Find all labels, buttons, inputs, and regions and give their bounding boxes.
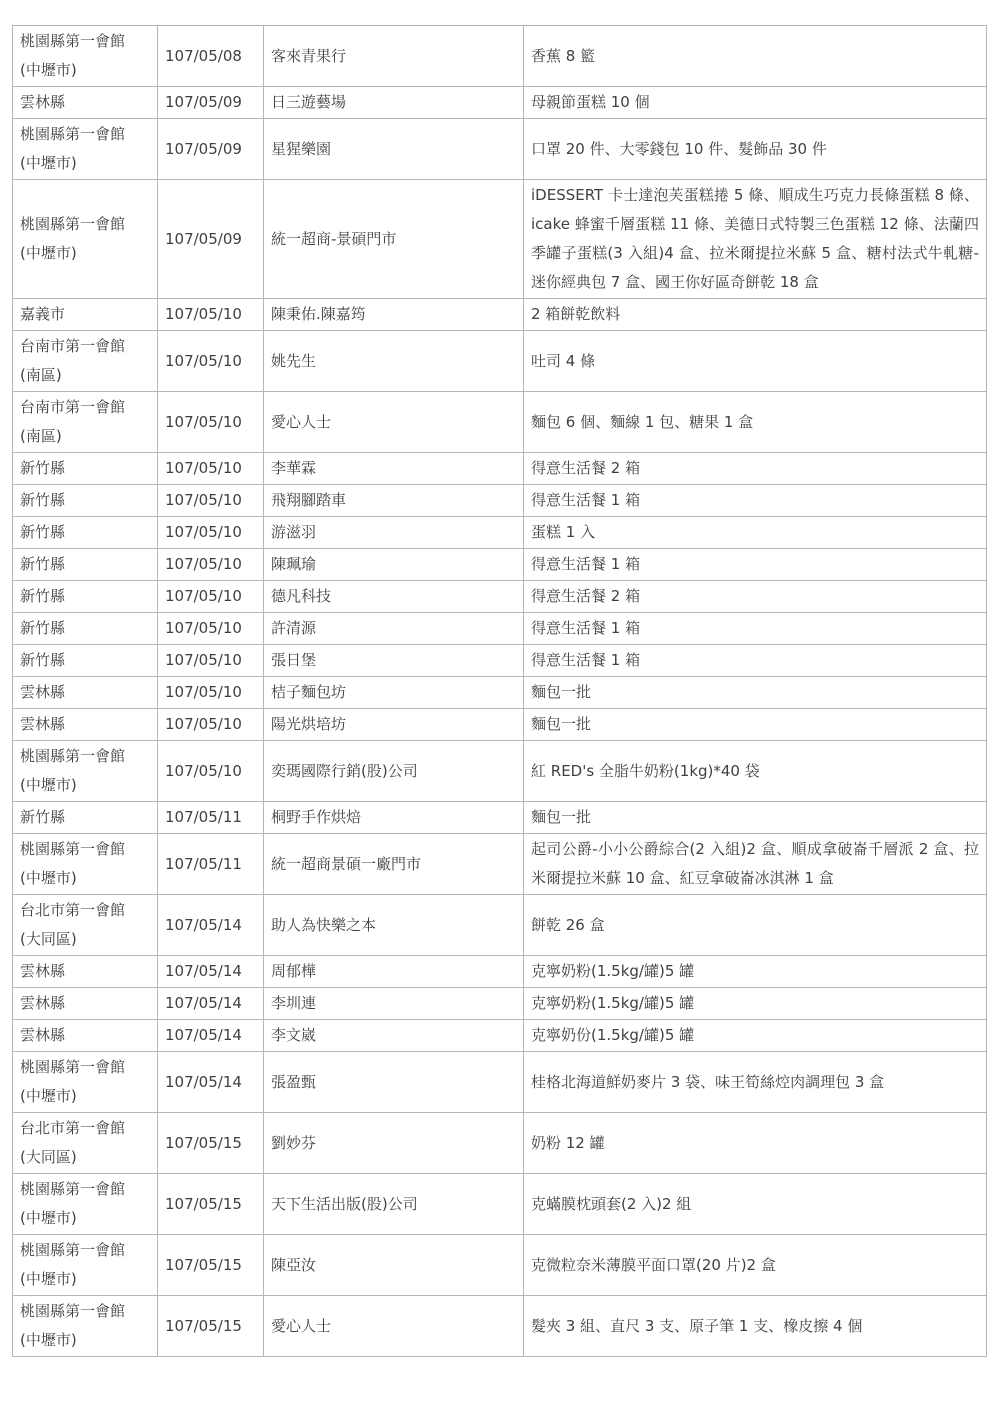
- date-cell: 107/05/15: [158, 1174, 264, 1235]
- donor-cell: 李圳連: [264, 988, 524, 1020]
- items-cell: 得意生活餐 1 箱: [524, 485, 987, 517]
- items-cell: 麵包一批: [524, 709, 987, 741]
- table-row: 桃園縣第一會館 (中壢市) 107/05/15 天下生活出版(股)公司 克蟎膜枕…: [13, 1174, 987, 1235]
- location-cell: 雲林縣: [13, 1020, 158, 1052]
- location-cell: 嘉義市: [13, 299, 158, 331]
- items-cell: 得意生活餐 2 箱: [524, 581, 987, 613]
- date-cell: 107/05/14: [158, 1020, 264, 1052]
- items-cell: 奶粉 12 罐: [524, 1113, 987, 1174]
- date-cell: 107/05/10: [158, 581, 264, 613]
- document-page: 桃園縣第一會館 (中壢市) 107/05/08 客來青果行 香蕉 8 籃 雲林縣…: [12, 25, 986, 1357]
- donor-cell: 統一超商-景碩門市: [264, 180, 524, 299]
- date-cell: 107/05/14: [158, 1052, 264, 1113]
- donor-cell: 奕瑪國際行銷(股)公司: [264, 741, 524, 802]
- date-cell: 107/05/14: [158, 956, 264, 988]
- items-cell: 克寧奶粉(1.5kg/罐)5 罐: [524, 956, 987, 988]
- location-cell: 桃園縣第一會館 (中壢市): [13, 741, 158, 802]
- donor-cell: 天下生活出版(股)公司: [264, 1174, 524, 1235]
- items-cell: 起司公爵-小小公爵綜合(2 入組)2 盒、順成拿破崙千層派 2 盒、拉米爾提拉米…: [524, 834, 987, 895]
- location-cell: 台南市第一會館 (南區): [13, 331, 158, 392]
- donor-cell: 飛翔腳踏車: [264, 485, 524, 517]
- donor-cell: 日三遊藝場: [264, 87, 524, 119]
- location-cell: 新竹縣: [13, 645, 158, 677]
- date-cell: 107/05/14: [158, 895, 264, 956]
- items-cell: 餅乾 26 盒: [524, 895, 987, 956]
- items-cell: 紅 RED's 全脂牛奶粉(1kg)*40 袋: [524, 741, 987, 802]
- items-cell: 母親節蛋糕 10 個: [524, 87, 987, 119]
- items-cell: 2 箱餅乾飲料: [524, 299, 987, 331]
- date-cell: 107/05/15: [158, 1113, 264, 1174]
- date-cell: 107/05/14: [158, 988, 264, 1020]
- location-cell: 雲林縣: [13, 956, 158, 988]
- donation-records-table: 桃園縣第一會館 (中壢市) 107/05/08 客來青果行 香蕉 8 籃 雲林縣…: [12, 25, 987, 1357]
- items-cell: 得意生活餐 1 箱: [524, 613, 987, 645]
- location-cell: 台南市第一會館 (南區): [13, 392, 158, 453]
- location-cell: 台北市第一會館 (大同區): [13, 1113, 158, 1174]
- date-cell: 107/05/10: [158, 392, 264, 453]
- date-cell: 107/05/15: [158, 1235, 264, 1296]
- date-cell: 107/05/10: [158, 453, 264, 485]
- location-cell: 新竹縣: [13, 549, 158, 581]
- donor-cell: 統一超商景碩一廠門市: [264, 834, 524, 895]
- date-cell: 107/05/11: [158, 834, 264, 895]
- items-cell: 克寧奶粉(1.5kg/罐)5 罐: [524, 988, 987, 1020]
- date-cell: 107/05/10: [158, 517, 264, 549]
- location-cell: 桃園縣第一會館 (中壢市): [13, 26, 158, 87]
- table-row: 台南市第一會館 (南區) 107/05/10 愛心人士 麵包 6 個、麵線 1 …: [13, 392, 987, 453]
- location-cell: 雲林縣: [13, 87, 158, 119]
- table-row: 桃園縣第一會館 (中壢市) 107/05/08 客來青果行 香蕉 8 籃: [13, 26, 987, 87]
- items-cell: 麵包一批: [524, 677, 987, 709]
- table-row: 桃園縣第一會館 (中壢市) 107/05/09 統一超商-景碩門市 iDESSE…: [13, 180, 987, 299]
- donor-cell: 桔子麵包坊: [264, 677, 524, 709]
- items-cell: 麵包 6 個、麵線 1 包、糖果 1 盒: [524, 392, 987, 453]
- donor-cell: 愛心人士: [264, 392, 524, 453]
- table-row: 桃園縣第一會館 (中壢市) 107/05/09 星猩樂園 口罩 20 件、大零錢…: [13, 119, 987, 180]
- donor-cell: 張盈甄: [264, 1052, 524, 1113]
- date-cell: 107/05/08: [158, 26, 264, 87]
- items-cell: iDESSERT 卡士達泡芙蛋糕捲 5 條、順成生巧克力長條蛋糕 8 條、ica…: [524, 180, 987, 299]
- date-cell: 107/05/10: [158, 709, 264, 741]
- date-cell: 107/05/10: [158, 645, 264, 677]
- table-row: 新竹縣 107/05/10 陳珮瑜 得意生活餐 1 箱: [13, 549, 987, 581]
- donor-cell: 德凡科技: [264, 581, 524, 613]
- donor-cell: 愛心人士: [264, 1296, 524, 1357]
- date-cell: 107/05/09: [158, 87, 264, 119]
- items-cell: 吐司 4 條: [524, 331, 987, 392]
- date-cell: 107/05/10: [158, 613, 264, 645]
- donation-records-body: 桃園縣第一會館 (中壢市) 107/05/08 客來青果行 香蕉 8 籃 雲林縣…: [13, 26, 987, 1357]
- date-cell: 107/05/10: [158, 485, 264, 517]
- items-cell: 得意生活餐 1 箱: [524, 645, 987, 677]
- items-cell: 香蕉 8 籃: [524, 26, 987, 87]
- table-row: 雲林縣 107/05/10 陽光烘培坊 麵包一批: [13, 709, 987, 741]
- items-cell: 麵包一批: [524, 802, 987, 834]
- location-cell: 雲林縣: [13, 988, 158, 1020]
- location-cell: 雲林縣: [13, 677, 158, 709]
- table-row: 雲林縣 107/05/09 日三遊藝場 母親節蛋糕 10 個: [13, 87, 987, 119]
- items-cell: 得意生活餐 1 箱: [524, 549, 987, 581]
- items-cell: 克蟎膜枕頭套(2 入)2 組: [524, 1174, 987, 1235]
- location-cell: 新竹縣: [13, 802, 158, 834]
- donor-cell: 陳珮瑜: [264, 549, 524, 581]
- table-row: 桃園縣第一會館 (中壢市) 107/05/10 奕瑪國際行銷(股)公司 紅 RE…: [13, 741, 987, 802]
- table-row: 新竹縣 107/05/10 李華霖 得意生活餐 2 箱: [13, 453, 987, 485]
- table-row: 雲林縣 107/05/14 周郁樺 克寧奶粉(1.5kg/罐)5 罐: [13, 956, 987, 988]
- donor-cell: 游滋羽: [264, 517, 524, 549]
- date-cell: 107/05/09: [158, 180, 264, 299]
- table-row: 新竹縣 107/05/10 游滋羽 蛋糕 1 入: [13, 517, 987, 549]
- items-cell: 蛋糕 1 入: [524, 517, 987, 549]
- location-cell: 台北市第一會館 (大同區): [13, 895, 158, 956]
- items-cell: 髮夾 3 組、直尺 3 支、原子筆 1 支、橡皮擦 4 個: [524, 1296, 987, 1357]
- date-cell: 107/05/10: [158, 331, 264, 392]
- location-cell: 桃園縣第一會館 (中壢市): [13, 119, 158, 180]
- table-row: 雲林縣 107/05/10 桔子麵包坊 麵包一批: [13, 677, 987, 709]
- donor-cell: 姚先生: [264, 331, 524, 392]
- location-cell: 桃園縣第一會館 (中壢市): [13, 1052, 158, 1113]
- table-row: 新竹縣 107/05/10 張日堡 得意生活餐 1 箱: [13, 645, 987, 677]
- items-cell: 得意生活餐 2 箱: [524, 453, 987, 485]
- location-cell: 桃園縣第一會館 (中壢市): [13, 1235, 158, 1296]
- table-row: 新竹縣 107/05/10 許清源 得意生活餐 1 箱: [13, 613, 987, 645]
- table-row: 新竹縣 107/05/10 德凡科技 得意生活餐 2 箱: [13, 581, 987, 613]
- donor-cell: 陳秉佑.陳嘉筠: [264, 299, 524, 331]
- donor-cell: 桐野手作烘焙: [264, 802, 524, 834]
- date-cell: 107/05/15: [158, 1296, 264, 1357]
- items-cell: 克寧奶份(1.5kg/罐)5 罐: [524, 1020, 987, 1052]
- location-cell: 新竹縣: [13, 581, 158, 613]
- table-row: 嘉義市 107/05/10 陳秉佑.陳嘉筠 2 箱餅乾飲料: [13, 299, 987, 331]
- table-row: 新竹縣 107/05/11 桐野手作烘焙 麵包一批: [13, 802, 987, 834]
- donor-cell: 李華霖: [264, 453, 524, 485]
- donor-cell: 陳亞汝: [264, 1235, 524, 1296]
- location-cell: 新竹縣: [13, 485, 158, 517]
- donor-cell: 劉妙芬: [264, 1113, 524, 1174]
- date-cell: 107/05/10: [158, 677, 264, 709]
- table-row: 台北市第一會館 (大同區) 107/05/14 助人為快樂之本 餅乾 26 盒: [13, 895, 987, 956]
- items-cell: 桂格北海道鮮奶麥片 3 袋、味王筍絲焢肉調理包 3 盒: [524, 1052, 987, 1113]
- table-row: 桃園縣第一會館 (中壢市) 107/05/11 統一超商景碩一廠門市 起司公爵-…: [13, 834, 987, 895]
- location-cell: 桃園縣第一會館 (中壢市): [13, 1296, 158, 1357]
- items-cell: 克微粒奈米薄膜平面口罩(20 片)2 盒: [524, 1235, 987, 1296]
- donor-cell: 李文崴: [264, 1020, 524, 1052]
- donor-cell: 許清源: [264, 613, 524, 645]
- donor-cell: 周郁樺: [264, 956, 524, 988]
- donor-cell: 陽光烘培坊: [264, 709, 524, 741]
- date-cell: 107/05/10: [158, 549, 264, 581]
- table-row: 雲林縣 107/05/14 李圳連 克寧奶粉(1.5kg/罐)5 罐: [13, 988, 987, 1020]
- table-row: 桃園縣第一會館 (中壢市) 107/05/15 陳亞汝 克微粒奈米薄膜平面口罩(…: [13, 1235, 987, 1296]
- table-row: 桃園縣第一會館 (中壢市) 107/05/15 愛心人士 髮夾 3 組、直尺 3…: [13, 1296, 987, 1357]
- location-cell: 桃園縣第一會館 (中壢市): [13, 1174, 158, 1235]
- donor-cell: 客來青果行: [264, 26, 524, 87]
- location-cell: 新竹縣: [13, 453, 158, 485]
- location-cell: 新竹縣: [13, 613, 158, 645]
- location-cell: 雲林縣: [13, 709, 158, 741]
- date-cell: 107/05/11: [158, 802, 264, 834]
- table-row: 台南市第一會館 (南區) 107/05/10 姚先生 吐司 4 條: [13, 331, 987, 392]
- table-row: 雲林縣 107/05/14 李文崴 克寧奶份(1.5kg/罐)5 罐: [13, 1020, 987, 1052]
- items-cell: 口罩 20 件、大零錢包 10 件、髮飾品 30 件: [524, 119, 987, 180]
- table-row: 新竹縣 107/05/10 飛翔腳踏車 得意生活餐 1 箱: [13, 485, 987, 517]
- location-cell: 桃園縣第一會館 (中壢市): [13, 834, 158, 895]
- table-row: 台北市第一會館 (大同區) 107/05/15 劉妙芬 奶粉 12 罐: [13, 1113, 987, 1174]
- location-cell: 新竹縣: [13, 517, 158, 549]
- donor-cell: 張日堡: [264, 645, 524, 677]
- date-cell: 107/05/10: [158, 299, 264, 331]
- location-cell: 桃園縣第一會館 (中壢市): [13, 180, 158, 299]
- date-cell: 107/05/10: [158, 741, 264, 802]
- table-row: 桃園縣第一會館 (中壢市) 107/05/14 張盈甄 桂格北海道鮮奶麥片 3 …: [13, 1052, 987, 1113]
- donor-cell: 助人為快樂之本: [264, 895, 524, 956]
- date-cell: 107/05/09: [158, 119, 264, 180]
- donor-cell: 星猩樂園: [264, 119, 524, 180]
